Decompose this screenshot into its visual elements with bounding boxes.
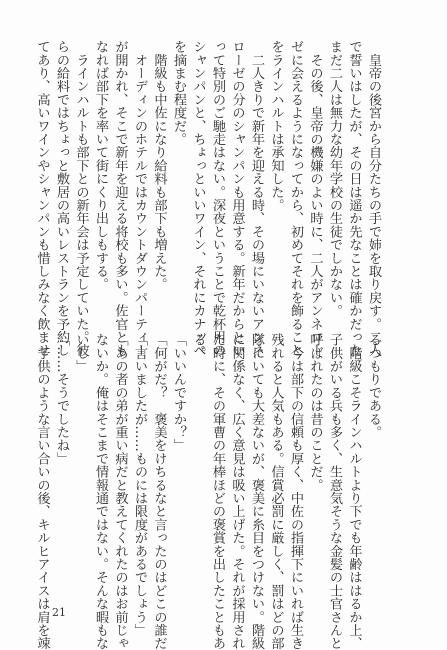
text-line: 隊にいても大差ないが、褒美に糸目をつけない。階級 <box>247 333 267 599</box>
text-block-lower: るつもりである。 階級こそラインハルトより下でも年齢ははるか上、 子供がいる兵も… <box>31 333 383 599</box>
text-line: シャンパンと、ちょっといいワイン、それにカナッペ <box>188 40 208 306</box>
text-line: ゼに会えるようになってから、初めてそれを飾ること <box>286 40 306 306</box>
text-line: いし」 <box>71 333 91 599</box>
text-line: 「あの者の弟が重い病だと教えてくれたのはお前じゃ <box>110 333 130 599</box>
text-line: オーディンのホテルではカウントダウンパーティー <box>130 40 150 306</box>
text-line: 「……そうでしたね」 <box>52 333 72 599</box>
text-line: た時に、その軍曹の年棒ほどの褒賞を出したこともあ <box>208 333 228 599</box>
text-line: てあり、高いワインやシャンパンも惜しみなく飲ませ <box>32 40 52 306</box>
text-line: ラインハルトも部下との新年会は予定していた。彼 <box>71 40 91 306</box>
text-line: その後、皇帝の機嫌のよい時に、二人がアンネロー <box>305 40 325 306</box>
text-line: 今は部下の信頼も厚く、中佐の指揮下にいれば生き <box>286 333 306 599</box>
text-line: をラインハルトは承知した。 <box>266 40 286 306</box>
text-line: 「言いましたが……ものには限度があるでしょう」 <box>130 333 150 599</box>
text-line: るつもりである。 <box>364 333 384 599</box>
text-line: 階級も中佐になり給料も部下も増えた。 <box>149 40 169 306</box>
text-line: で誓いはしたが、その日は遥か先なことは確かだった。 <box>344 40 364 306</box>
text-line: ローゼの分のシャンパンも用意する。新年だからとい <box>227 40 247 306</box>
text-line: 子供がいる兵も多く、生意気そうな金髪の士官さんと <box>325 333 345 599</box>
page-number: 21 <box>52 606 66 619</box>
book-page: 皇帝の後宮から自分たちの手で姉を取り戻す。二人 で誓いはしたが、その日は遥か先な… <box>0 0 447 650</box>
text-line: って特別のご馳走はない。深夜ということで乾杯用の <box>208 40 228 306</box>
text-line: 皇帝の後宮から自分たちの手で姉を取り戻す。二人 <box>364 40 384 306</box>
text-line: 二人きりで新年を迎える時、その場にいないアンネ <box>247 40 267 306</box>
text-line: に関係なく、広く意見は吸い上げた。それが採用され <box>227 333 247 599</box>
text-line: らの給料ではちょっと敷居の高いレストランを予約し <box>52 40 72 306</box>
text-line: 「何がだ？ 褒美をけちるなと言ったのはどこの誰だ」 <box>149 333 169 599</box>
text-line: 「いいんですか？」 <box>169 333 189 599</box>
text-line: 呼ばれたのは昔のことだ。 <box>305 333 325 599</box>
text-line: ないか。俺はそこまで情報通ではない。そんな暇もな <box>91 333 111 599</box>
text-line: まだ二人は無力な幼年学校の生徒でしかない。 <box>325 40 345 306</box>
text-line: 残れると人気もある。信賞必罰に厳しく、罰はどの部 <box>266 333 286 599</box>
text-line: 子供のような言い合いの後、キルヒアイスは肩を竦 <box>32 333 52 599</box>
text-line: が開かれ、そこで新年を迎える将校も多い。佐官とも <box>110 40 130 306</box>
text-line: る。 <box>188 333 208 599</box>
text-line: を摘まむ程度だ。 <box>169 40 189 306</box>
text-line: 階級こそラインハルトより下でも年齢ははるか上、 <box>344 333 364 599</box>
text-line: なれば部下を率いて街にくり出しもする。 <box>91 40 111 306</box>
text-block-upper: 皇帝の後宮から自分たちの手で姉を取り戻す。二人 で誓いはしたが、その日は遥か先な… <box>31 40 383 306</box>
